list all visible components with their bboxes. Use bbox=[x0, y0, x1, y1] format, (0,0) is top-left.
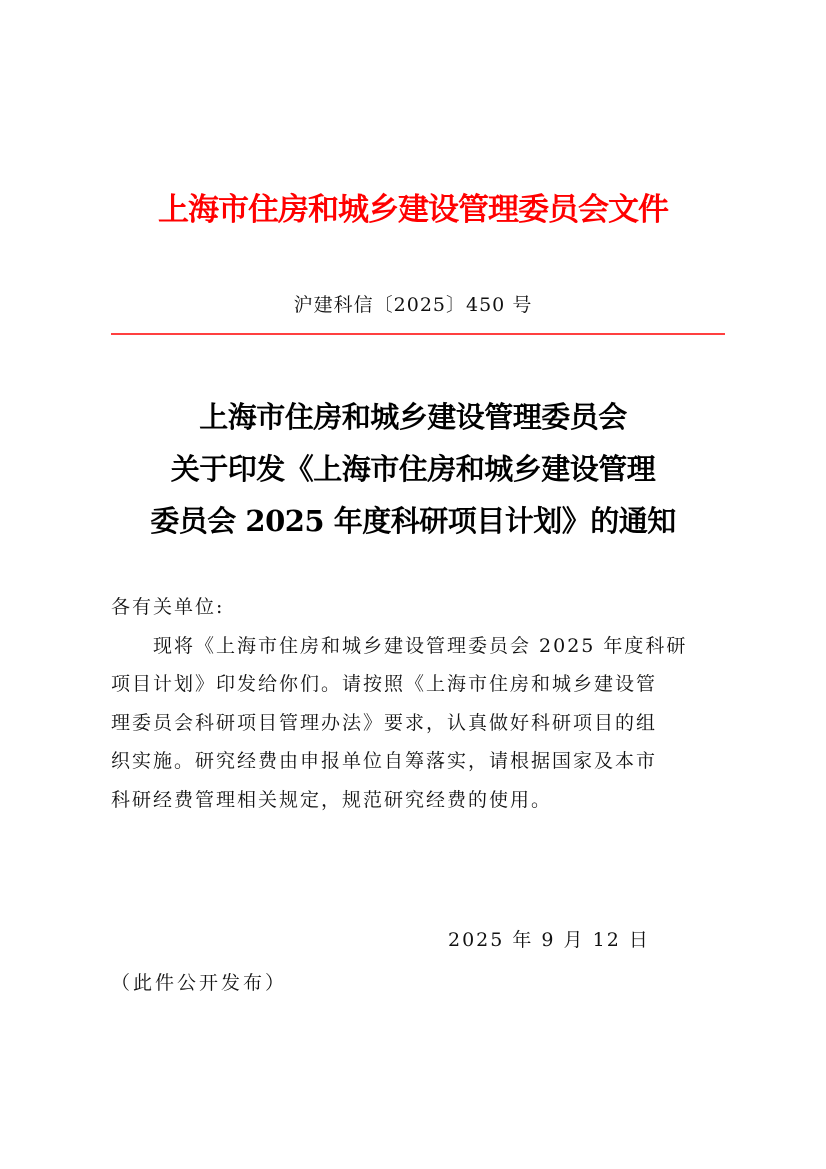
notice-title: 上海市住房和城乡建设管理委员会 关于印发《上海市住房和城乡建设管理 委员会 20… bbox=[0, 391, 826, 547]
masthead-title: 上海市住房和城乡建设管理委员会文件 bbox=[0, 188, 826, 232]
paragraph-line: 科研经费管理相关规定，规范研究经费的使用。 bbox=[111, 781, 725, 820]
salutation: 各有关单位: bbox=[111, 588, 725, 627]
red-divider-line bbox=[111, 333, 725, 335]
paragraph-line: 现将《上海市住房和城乡建设管理委员会 2025 年度科研 bbox=[111, 627, 725, 666]
title-line: 上海市住房和城乡建设管理委员会 bbox=[0, 391, 826, 443]
document-number: 沪建科信〔2025〕450 号 bbox=[0, 290, 826, 320]
title-line: 委员会 2025 年度科研项目计划》的通知 bbox=[0, 495, 826, 547]
paragraph-line: 织实施。研究经费由申报单位自筹落实，请根据国家及本市 bbox=[111, 742, 725, 781]
notice-body: 各有关单位: 现将《上海市住房和城乡建设管理委员会 2025 年度科研 项目计划… bbox=[111, 588, 725, 819]
document-page: 上海市住房和城乡建设管理委员会文件 沪建科信〔2025〕450 号 上海市住房和… bbox=[0, 0, 826, 1169]
paragraph-line: 项目计划》印发给你们。请按照《上海市住房和城乡建设管 bbox=[111, 665, 725, 704]
issue-date: 2025 年 9 月 12 日 bbox=[448, 925, 650, 955]
publication-note: （此件公开发布） bbox=[111, 968, 287, 998]
title-line: 关于印发《上海市住房和城乡建设管理 bbox=[0, 443, 826, 495]
paragraph-line: 理委员会科研项目管理办法》要求，认真做好科研项目的组 bbox=[111, 704, 725, 743]
